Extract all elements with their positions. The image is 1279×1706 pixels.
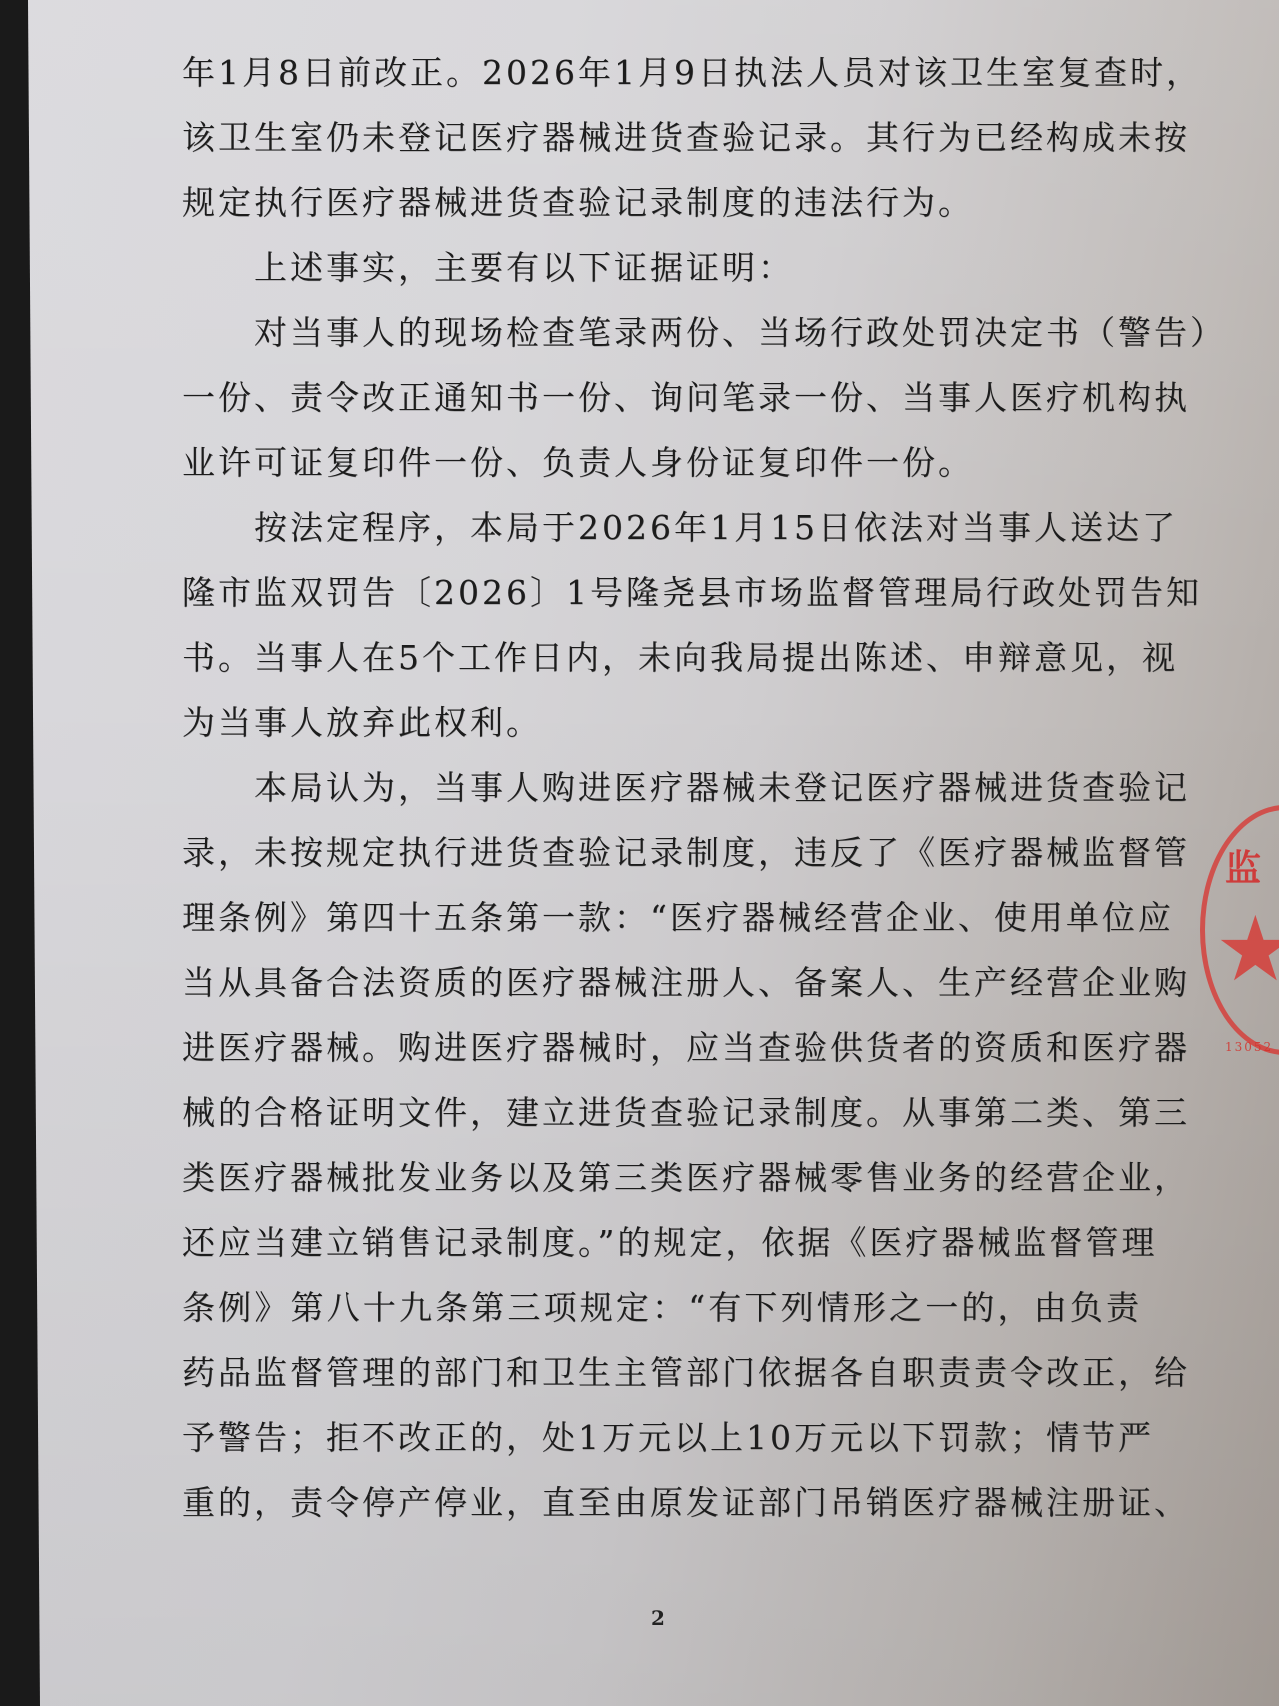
seal-code: 13052 <box>1225 1040 1273 1054</box>
body-line: 重的，责令停产停业，直至由原发证部门吊销医疗器械注册证、 <box>182 1470 1142 1535</box>
body-line: 药品监督管理的部门和卫生主管部门依据各自职责责令改正，给 <box>182 1340 1142 1405</box>
body-line: 按法定程序，本局于2026年1月15日依法对当事人送达了 <box>182 495 1142 560</box>
body-line: 还应当建立销售记录制度。”的规定，依据《医疗器械监督管理 <box>182 1210 1142 1275</box>
body-line: 对当事人的现场检查笔录两份、当场行政处罚决定书（警告） <box>182 300 1142 365</box>
document-body: 年1月8日前改正。2026年1月9日执法人员对该卫生室复查时， 该卫生室仍未登记… <box>182 40 1142 1535</box>
body-line: 类医疗器械批发业务以及第三类医疗器械零售业务的经营企业， <box>182 1145 1142 1210</box>
body-line: 予警告；拒不改正的，处1万元以上10万元以下罚款；情节严 <box>182 1405 1142 1470</box>
body-line: 条例》第八十九条第三项规定：“有下列情形之一的，由负责 <box>182 1275 1142 1340</box>
body-line: 规定执行医疗器械进货查验记录制度的违法行为。 <box>182 170 1142 235</box>
body-line: 理条例》第四十五条第一款：“医疗器械经营企业、使用单位应 <box>182 885 1142 950</box>
body-line: 录，未按规定执行进货查验记录制度，违反了《医疗器械监督管 <box>182 820 1142 885</box>
body-line: 业许可证复印件一份、负责人身份证复印件一份。 <box>182 430 1142 495</box>
evidence-heading: 上述事实，主要有以下证据证明： <box>182 235 1142 300</box>
seal-text: 监 <box>1225 840 1261 891</box>
body-line: 为当事人放弃此权利。 <box>182 690 1142 755</box>
body-line: 当从具备合法资质的医疗器械注册人、备案人、生产经营企业购 <box>182 950 1142 1015</box>
body-line: 隆市监双罚告〔2026〕1号隆尧县市场监督管理局行政处罚告知 <box>182 560 1142 625</box>
page-number: 2 <box>651 1606 665 1630</box>
body-line: 进医疗器械。购进医疗器械时，应当查验供货者的资质和医疗器 <box>182 1015 1142 1080</box>
body-line: 械的合格证明文件，建立进货查验记录制度。从事第二类、第三 <box>182 1080 1142 1145</box>
body-line: 本局认为，当事人购进医疗器械未登记医疗器械进货查验记 <box>182 755 1142 820</box>
body-line: 年1月8日前改正。2026年1月9日执法人员对该卫生室复查时， <box>182 40 1142 105</box>
body-line: 一份、责令改正通知书一份、询问笔录一份、当事人医疗机构执 <box>182 365 1142 430</box>
body-line: 书。当事人在5个工作日内，未向我局提出陈述、申辩意见，视 <box>182 625 1142 690</box>
star-icon: ★ <box>1215 905 1279 995</box>
body-line: 该卫生室仍未登记医疗器械进货查验记录。其行为已经构成未按 <box>182 105 1142 170</box>
